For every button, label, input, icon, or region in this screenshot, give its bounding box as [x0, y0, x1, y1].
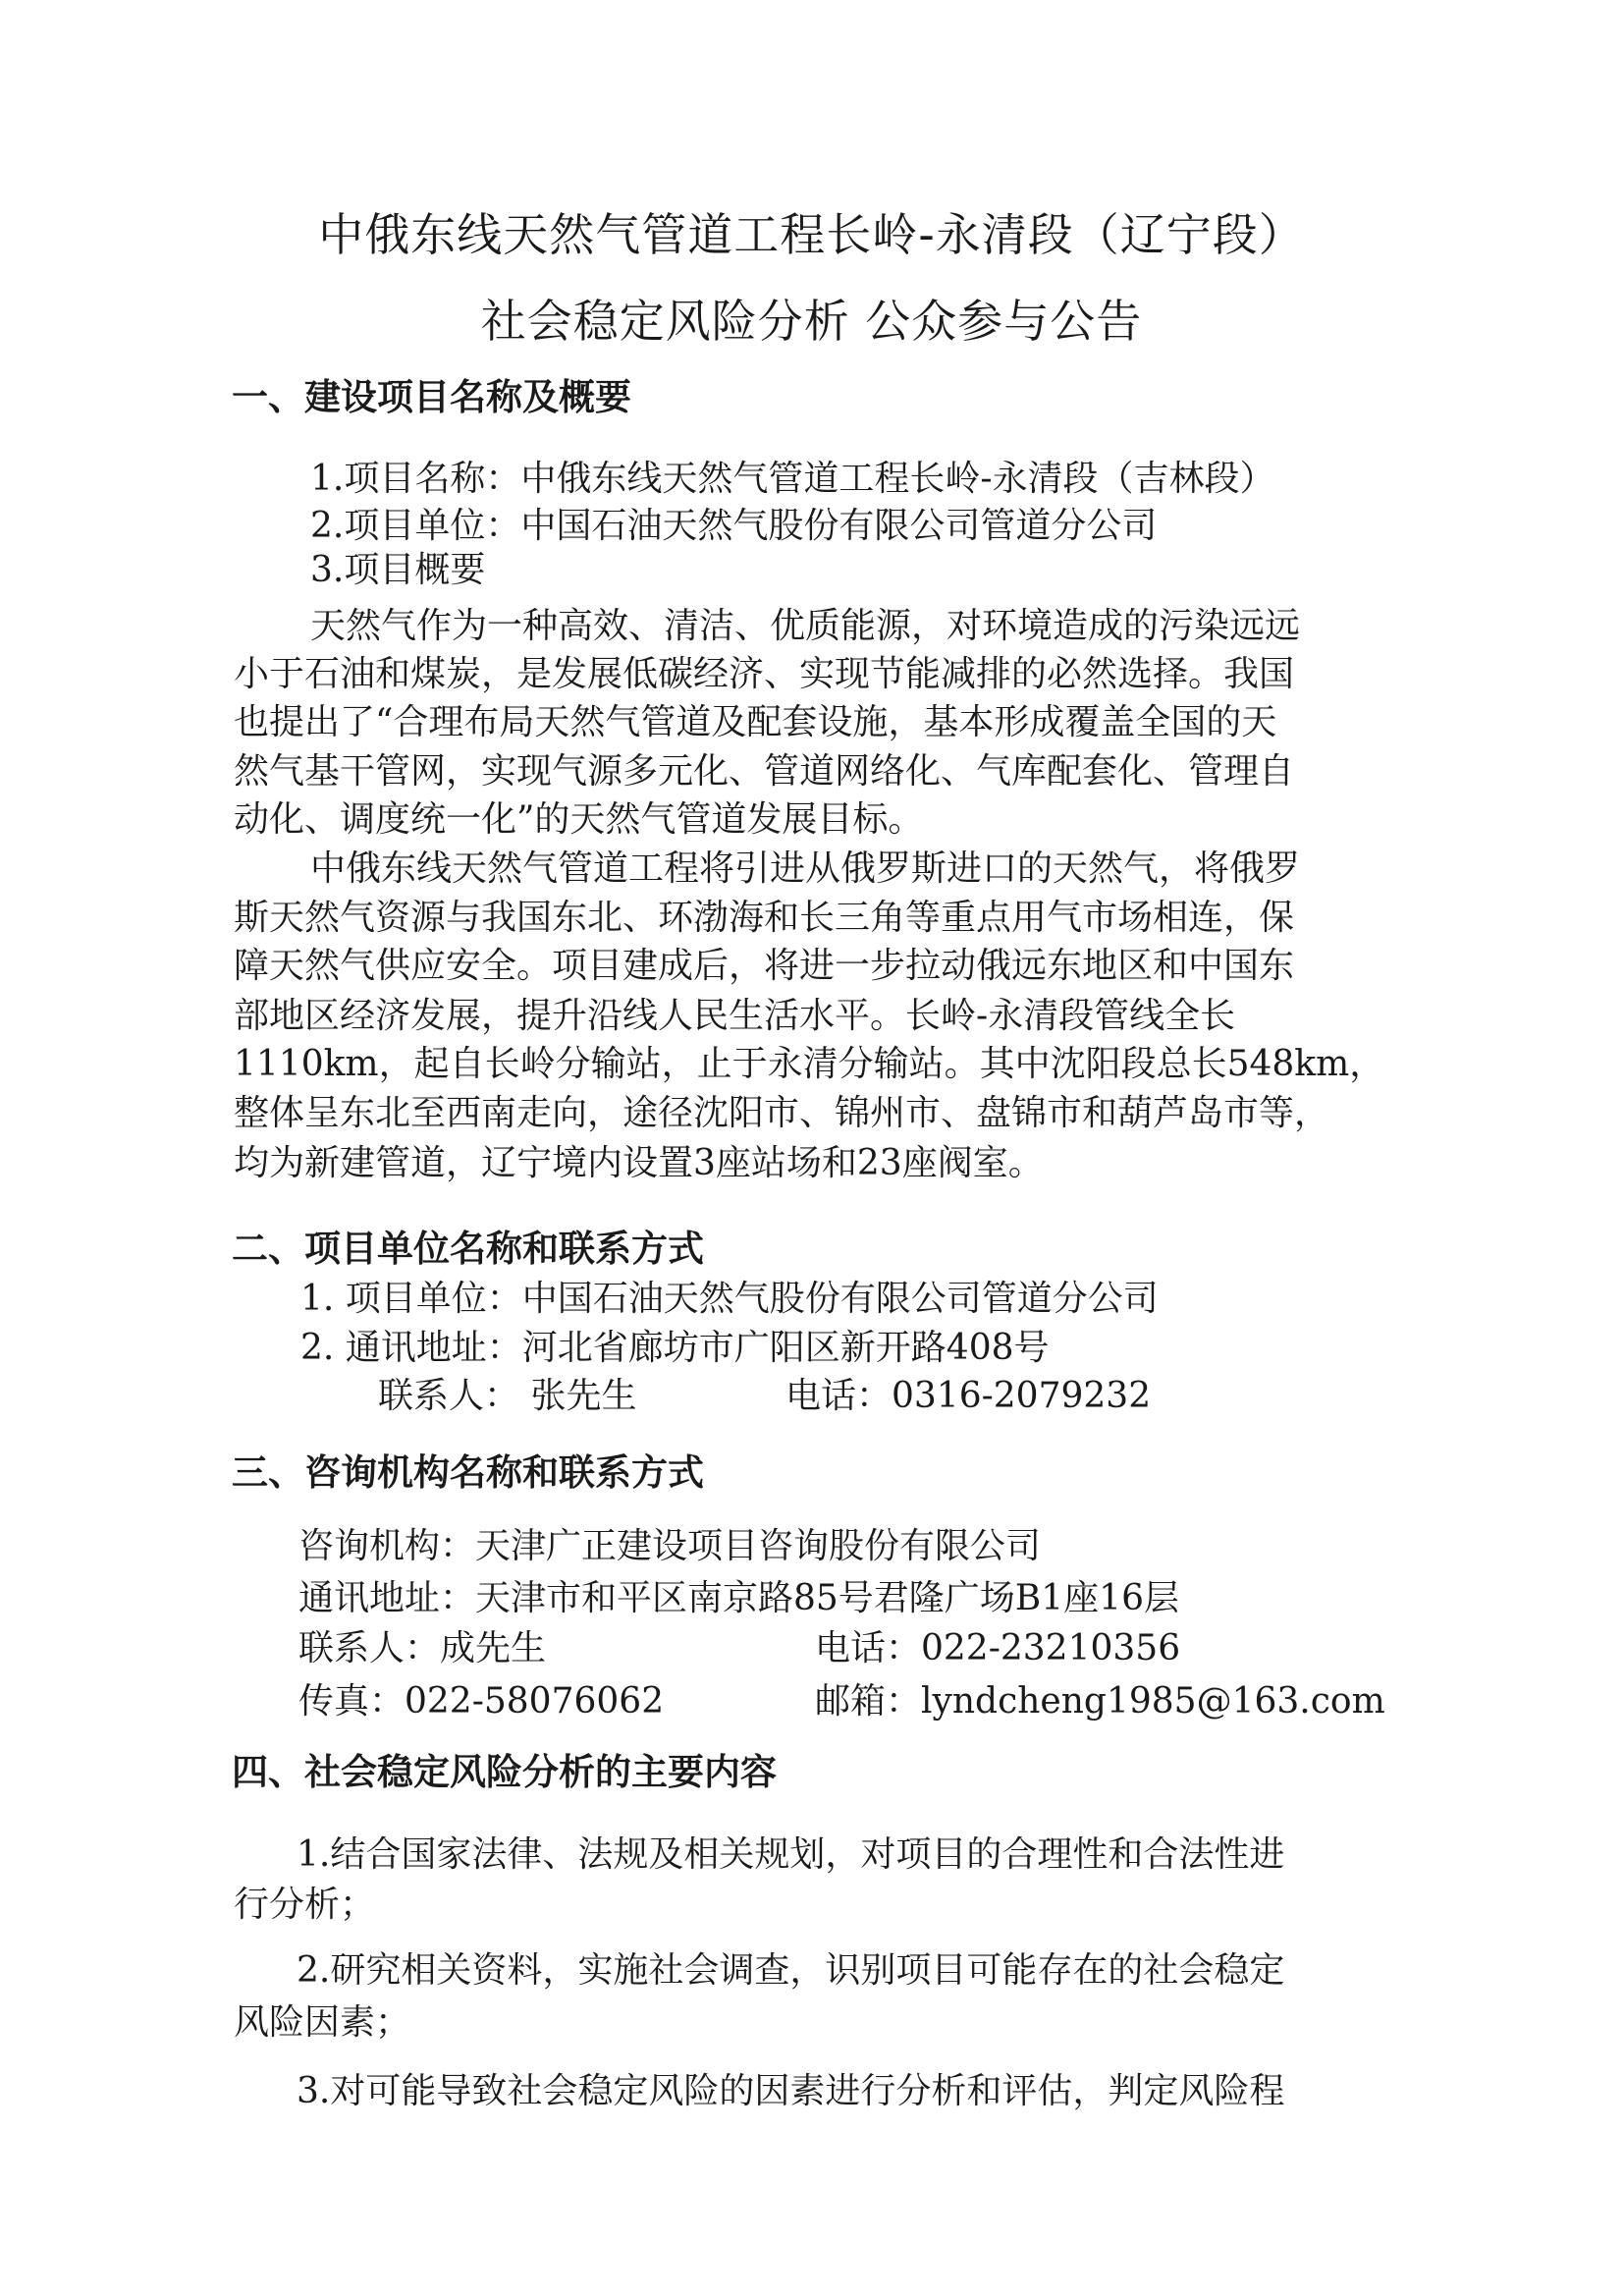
section-4-heading: 四、社会稳定风险分析的主要内容 [232, 1754, 777, 1790]
section-3-heading: 三、咨询机构名称和联系方式 [232, 1454, 704, 1491]
paragraph-line: 也提出了“合理布局天然气管道及配套设施，基本形成覆盖全国的天 [234, 705, 1276, 740]
paragraph-line: 小于石油和煤炭，是发展低碳经济、实现节能减排的必然选择。我国 [234, 657, 1294, 692]
project-address: 2. 通讯地址：河北省廊坊市广阳区新开路408号 [300, 1331, 1050, 1366]
consultant-fax: 传真：022-58076062 [298, 1684, 664, 1720]
consultant-email: 邮箱：lyndcheng1985@163.com [815, 1684, 1385, 1720]
paragraph-line: 动化、调度统一化”的天然气管道发展目标。 [234, 802, 923, 838]
project-unit-contact: 1. 项目单位：中国石油天然气股份有限公司管道分公司 [300, 1282, 1159, 1317]
paragraph-line: 然气基干管网，实现气源多元化、管道网络化、气库配套化、管理自 [234, 754, 1294, 790]
content-item-2: 2.研究相关资料，实施社会调查，识别项目可能存在的社会稳定 [297, 1953, 1284, 1989]
paragraph-line: 部地区经济发展，提升沿线人民生活水平。长岭-永清段管线全长 [234, 999, 1235, 1034]
content-item-3: 3.对可能导致社会稳定风险的因素进行分析和评估，判定风险程 [297, 2074, 1284, 2109]
project-overview-label: 3.项目概要 [310, 553, 485, 588]
project-name: 1.项目名称：中俄东线天然气管道工程长岭-永清段（吉林段） [310, 462, 1275, 497]
consultant-org: 咨询机构：天津广正建设项目咨询股份有限公司 [298, 1529, 1041, 1564]
project-contact-person: 联系人： 张先生 [378, 1379, 636, 1414]
consultant-phone: 电话：022-23210356 [815, 1631, 1180, 1667]
paragraph-line: 均为新建管道，辽宁境内设置3座站场和23座阀室。 [234, 1146, 1044, 1181]
paragraph-line: 中俄东线天然气管道工程将引进从俄罗斯进口的天然气，将俄罗 [310, 851, 1300, 887]
paragraph-line: 1110km，起自长岭分输站，止于永清分输站。其中沈阳段总长548km， [234, 1047, 1384, 1082]
document-title-line-1: 中俄东线天然气管道工程长岭-永清段（辽宁段） [0, 212, 1623, 257]
paragraph-line: 整体呈东北至西南走向，途径沈阳市、锦州市、盘锦市和葫芦岛市等， [234, 1096, 1329, 1131]
paragraph-line: 障天然气供应安全。项目建成后，将进一步拉动俄远东地区和中国东 [234, 949, 1294, 984]
content-item-1: 1.结合国家法律、法规及相关规划，对项目的合理性和合法性进 [297, 1837, 1284, 1873]
paragraph-line: 天然气作为一种高效、清洁、优质能源，对环境造成的污染远远 [310, 609, 1300, 644]
content-item-1-cont: 行分析； [234, 1887, 375, 1923]
section-2-heading: 二、项目单位名称和联系方式 [232, 1230, 704, 1267]
section-1-heading: 一、建设项目名称及概要 [232, 379, 631, 415]
consultant-address: 通讯地址：天津市和平区南京路85号君隆广场B1座16层 [298, 1581, 1179, 1616]
consultant-contact: 联系人：成先生 [298, 1631, 546, 1667]
project-unit: 2.项目单位：中国石油天然气股份有限公司管道分公司 [310, 509, 1157, 544]
project-phone: 电话：0316-2079232 [785, 1379, 1151, 1414]
document-title-line-2: 社会稳定风险分析 公众参与公告 [0, 299, 1623, 344]
content-item-2-cont: 风险因素； [234, 2005, 410, 2041]
paragraph-line: 斯天然气资源与我国东北、环渤海和长三角等重点用气市场相连，保 [234, 901, 1294, 936]
